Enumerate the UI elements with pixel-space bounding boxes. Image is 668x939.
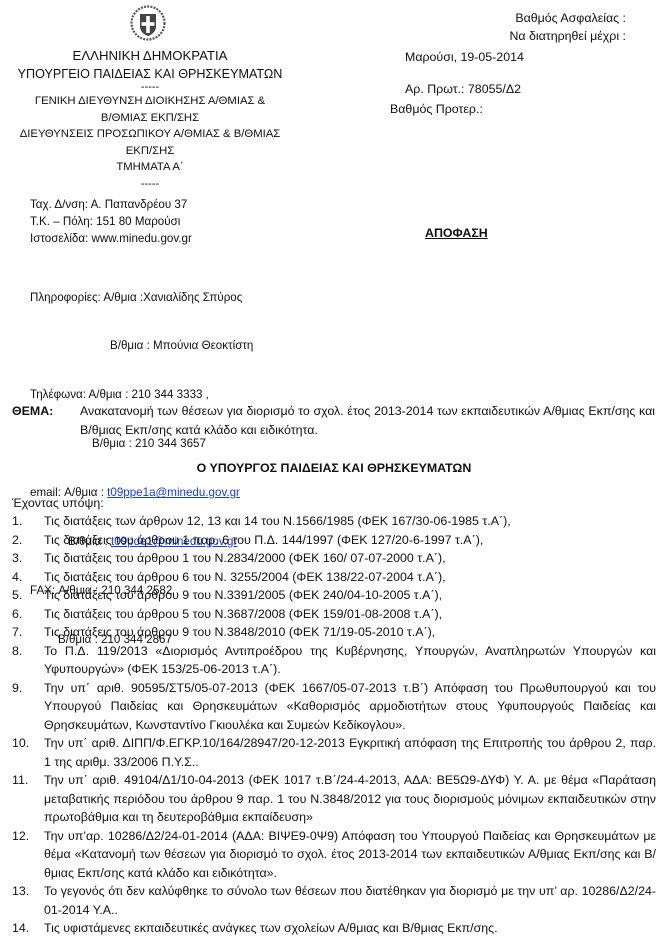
list-item-text: Το γεγονός ότι δεν καλύφθηκε το σύνολο τ… [44, 884, 656, 917]
directorate-general-line1: ΓΕΝΙΚΗ ΔΙΕΥΘΥΝΣΗ ΔΙΟΙΚΗΣΗΣ Α/ΘΜΙΑΣ & [0, 93, 300, 110]
list-item-number: 8. [12, 642, 42, 661]
priority-level: Βαθμός Προτερ.: [390, 100, 483, 118]
list-item: 8.Το Π.Δ. 119/2013 «Διορισμός Αντιπροέδρ… [12, 642, 656, 679]
postal-city: Τ.Κ. – Πόλη: 151 80 Μαρούσι [30, 213, 192, 230]
list-item: 5.Τις διατάξεις του άρθρου 9 του Ν.3391/… [12, 586, 656, 605]
list-item-number: 13. [12, 882, 34, 901]
list-item-text: Την υπ΄ αριθ. ΔΙΠΠ/Φ.ΕΓΚΡ.10/164/28947/2… [44, 736, 656, 769]
considering-label: Έχοντας υπόψη: [12, 494, 104, 512]
list-item: 10.Την υπ΄ αριθ. ΔΙΠΠ/Φ.ΕΓΚΡ.10/164/2894… [12, 734, 656, 771]
minister-heading: Ο ΥΠΟΥΡΓΟΣ ΠΑΙΔΕΙΑΣ ΚΑΙ ΘΡΗΣΚΕΥΜΑΤΩΝ [0, 459, 668, 477]
list-item-text: Τις διατάξεις του άρθρου 9 του Ν.3848/20… [44, 625, 435, 639]
directorates-line1: ΔΙΕΥΘΥΝΣΕΙΣ ΠΡΟΣΩΠΙΚΟΥ Α/ΘΜΙΑΣ & Β/ΘΜΙΑΣ [0, 126, 300, 143]
list-item-number: 3. [12, 549, 42, 568]
list-item: 9.Την υπ΄ αριθ. 90595/ΣΤ5/05-07-2013 (ΦΕ… [12, 679, 656, 735]
list-item-number: 1. [12, 512, 42, 531]
separator: ----- [0, 83, 300, 93]
considerations-list: 1.Τις διατάξεις των άρθρων 12, 13 και 14… [12, 512, 656, 938]
list-item-text: Τις διατάξεις του άρθρου 1 του Ν.2834/20… [44, 551, 446, 565]
protocol-number: Αρ. Πρωτ.: 78055/Δ2 [405, 80, 521, 98]
list-item-number: 14. [12, 919, 34, 938]
subject-text: Ανακατανομή των θέσεων για διορισμό το σ… [80, 402, 655, 439]
place-date: Μαρούσι, 19-05-2014 [405, 48, 524, 66]
list-item-text: Τις διατάξεις του άρθρου 9 του Ν.3391/20… [44, 588, 442, 602]
list-item-number: 12. [12, 827, 34, 846]
list-item-number: 5. [12, 586, 42, 605]
list-item: 12.Την υπ’αρ. 10286/Δ2/24-01-2014 (ΑΔΑ: … [12, 827, 656, 883]
list-item: 4.Τις διατάξεις του άρθρου 6 του Ν. 3255… [12, 568, 656, 587]
list-item-number: 6. [12, 605, 42, 624]
separator-2: ----- [0, 180, 300, 189]
greek-coat-of-arms-icon [130, 5, 166, 41]
list-item-number: 2. [12, 531, 42, 550]
subject-label: ΘΕΜΑ: [12, 402, 53, 420]
list-item-text: Την υπ΄ αριθ. 49104/Δ1/10-04-2013 (ΦΕΚ 1… [44, 773, 656, 824]
department: ΤΜΗΜΑΤΑ Α΄ [0, 159, 300, 176]
security-level: Βαθμός Ασφαλείας : [509, 9, 626, 27]
website: Ιστοσελίδα: www.minedu.gov.gr [30, 230, 192, 247]
directorate-general-line2: Β/ΘΜΙΑΣ ΕΚΠ/ΣΗΣ [0, 110, 300, 127]
issuer-header: ΕΛΛΗΝΙΚΗ ΔΗΜΟΚΡΑΤΙΑ ΥΠΟΥΡΓΕΙΟ ΠΑΙΔΕΙΑΣ Κ… [0, 46, 300, 176]
directorates-line2: ΕΚΠ/ΣΗΣ [0, 143, 300, 160]
list-item-text: Την υπ΄ αριθ. 90595/ΣΤ5/05-07-2013 (ΦΕΚ … [44, 681, 656, 732]
list-item-number: 4. [12, 568, 42, 587]
list-item-number: 7. [12, 623, 42, 642]
email-a-link[interactable]: t09ppe1a@minedu.gov.gr [107, 486, 240, 499]
list-item: 1.Τις διατάξεις των άρθρων 12, 13 και 14… [12, 512, 656, 531]
list-item-text: Τις διατάξεις του άρθρου 1 παρ. 6 του Π.… [44, 533, 483, 547]
list-item: 6.Τις διατάξεις του άρθρου 5 του Ν.3687/… [12, 605, 656, 624]
list-item-text: Τις διατάξεις του άρθρου 5 του Ν.3687/20… [44, 607, 442, 621]
security-block: Βαθμός Ασφαλείας : Να διατηρηθεί μέχρι : [509, 9, 626, 45]
list-item-text: Τις διατάξεις των άρθρων 12, 13 και 14 τ… [44, 514, 511, 528]
list-item-number: 11. [12, 771, 34, 790]
address-block: Ταχ. Δ/νση: Α. Παπανδρέου 37 Τ.Κ. – Πόλη… [30, 196, 192, 247]
republic-title: ΕΛΛΗΝΙΚΗ ΔΗΜΟΚΡΑΤΙΑ [0, 46, 300, 65]
list-item-text: Την υπ’αρ. 10286/Δ2/24-01-2014 (ΑΔΑ: ΒΙΨ… [44, 829, 656, 880]
list-item-text: Τις διατάξεις του άρθρου 6 του Ν. 3255/2… [44, 570, 446, 584]
keep-until: Να διατηρηθεί μέχρι : [509, 27, 626, 45]
list-item: 14.Τις υφιστάμενες εκπαιδευτικές ανάγκες… [12, 919, 656, 938]
list-item-number: 9. [12, 679, 34, 698]
list-item-text: Το Π.Δ. 119/2013 «Διορισμός Αντιπροέδρου… [44, 644, 656, 677]
list-item: 2.Τις διατάξεις του άρθρου 1 παρ. 6 του … [12, 531, 656, 550]
list-item: 11.Την υπ΄ αριθ. 49104/Δ1/10-04-2013 (ΦΕ… [12, 771, 656, 827]
list-item-text: Τις υφιστάμενες εκπαιδευτικές ανάγκες τω… [44, 921, 498, 935]
postal-address: Ταχ. Δ/νση: Α. Παπανδρέου 37 [30, 196, 192, 213]
list-item: 7.Τις διατάξεις του άρθρου 9 του Ν.3848/… [12, 623, 656, 642]
list-item: 3.Τις διατάξεις του άρθρου 1 του Ν.2834/… [12, 549, 656, 568]
info-contact-b: Β/θμια : Μπούνια Θεοκτίστη [30, 338, 253, 354]
list-item: 13.Το γεγονός ότι δεν καλύφθηκε το σύνολ… [12, 882, 656, 919]
info-contact-a: Πληροφορίες: Α/θμια :Χανιαλίδης Σπύρος [30, 290, 253, 306]
list-item-number: 10. [12, 734, 34, 753]
document-title: ΑΠΟΦΑΣΗ [425, 224, 488, 242]
